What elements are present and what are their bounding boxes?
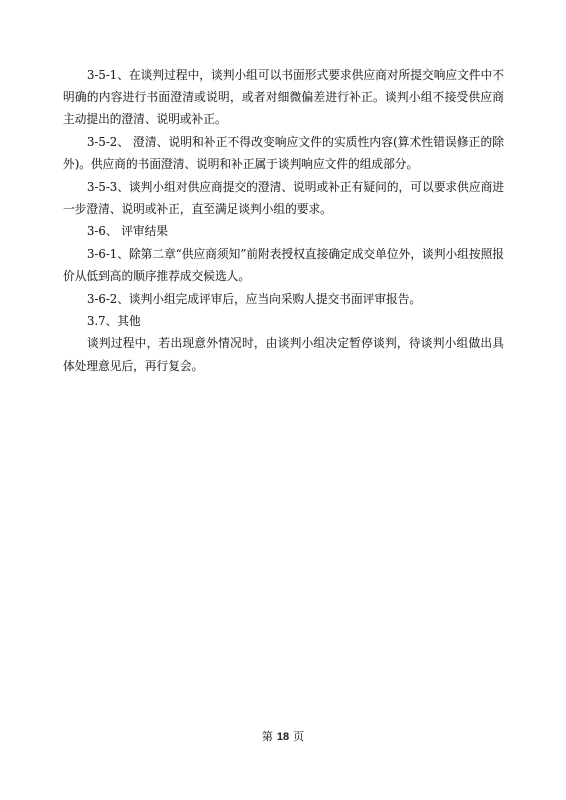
page-footer-suffix: 页	[293, 729, 304, 744]
page-footer: 第 18 页	[0, 729, 566, 745]
paragraph-3-7-body: 谈判过程中，若出现意外情况时，由谈判小组决定暂停谈判，待谈判小组做出具体处理意见…	[63, 332, 504, 377]
paragraph-3-5-1: 3-5-1、在谈判过程中，谈判小组可以书面形式要求供应商对所提交响应文件中不明确…	[63, 64, 504, 131]
paragraph-3-5-2: 3-5-2、 澄清、说明和补正不得改变响应文件的实质性内容(算术性错误修正的除外…	[63, 131, 504, 176]
page-number: 18	[277, 730, 289, 745]
heading-3-6-review-result: 3-6、 评审结果	[63, 220, 504, 242]
paragraph-3-5-3: 3-5-3、谈判小组对供应商提交的澄清、说明或补正有疑问的，可以要求供应商进一步…	[63, 176, 504, 221]
paragraph-3-6-2: 3-6-2、谈判小组完成评审后，应当向采购人提交书面评审报告。	[63, 288, 504, 310]
heading-3-7-other: 3.7、其他	[63, 310, 504, 332]
document-body: 3-5-1、在谈判过程中，谈判小组可以书面形式要求供应商对所提交响应文件中不明确…	[63, 64, 504, 378]
document-page: 3-5-1、在谈判过程中，谈判小组可以书面形式要求供应商对所提交响应文件中不明确…	[0, 0, 566, 800]
paragraph-3-6-1: 3-6-1、除第二章“供应商须知”前附表授权直接确定成交单位外，谈判小组按照报价…	[63, 243, 504, 288]
page-footer-prefix: 第	[262, 729, 273, 744]
